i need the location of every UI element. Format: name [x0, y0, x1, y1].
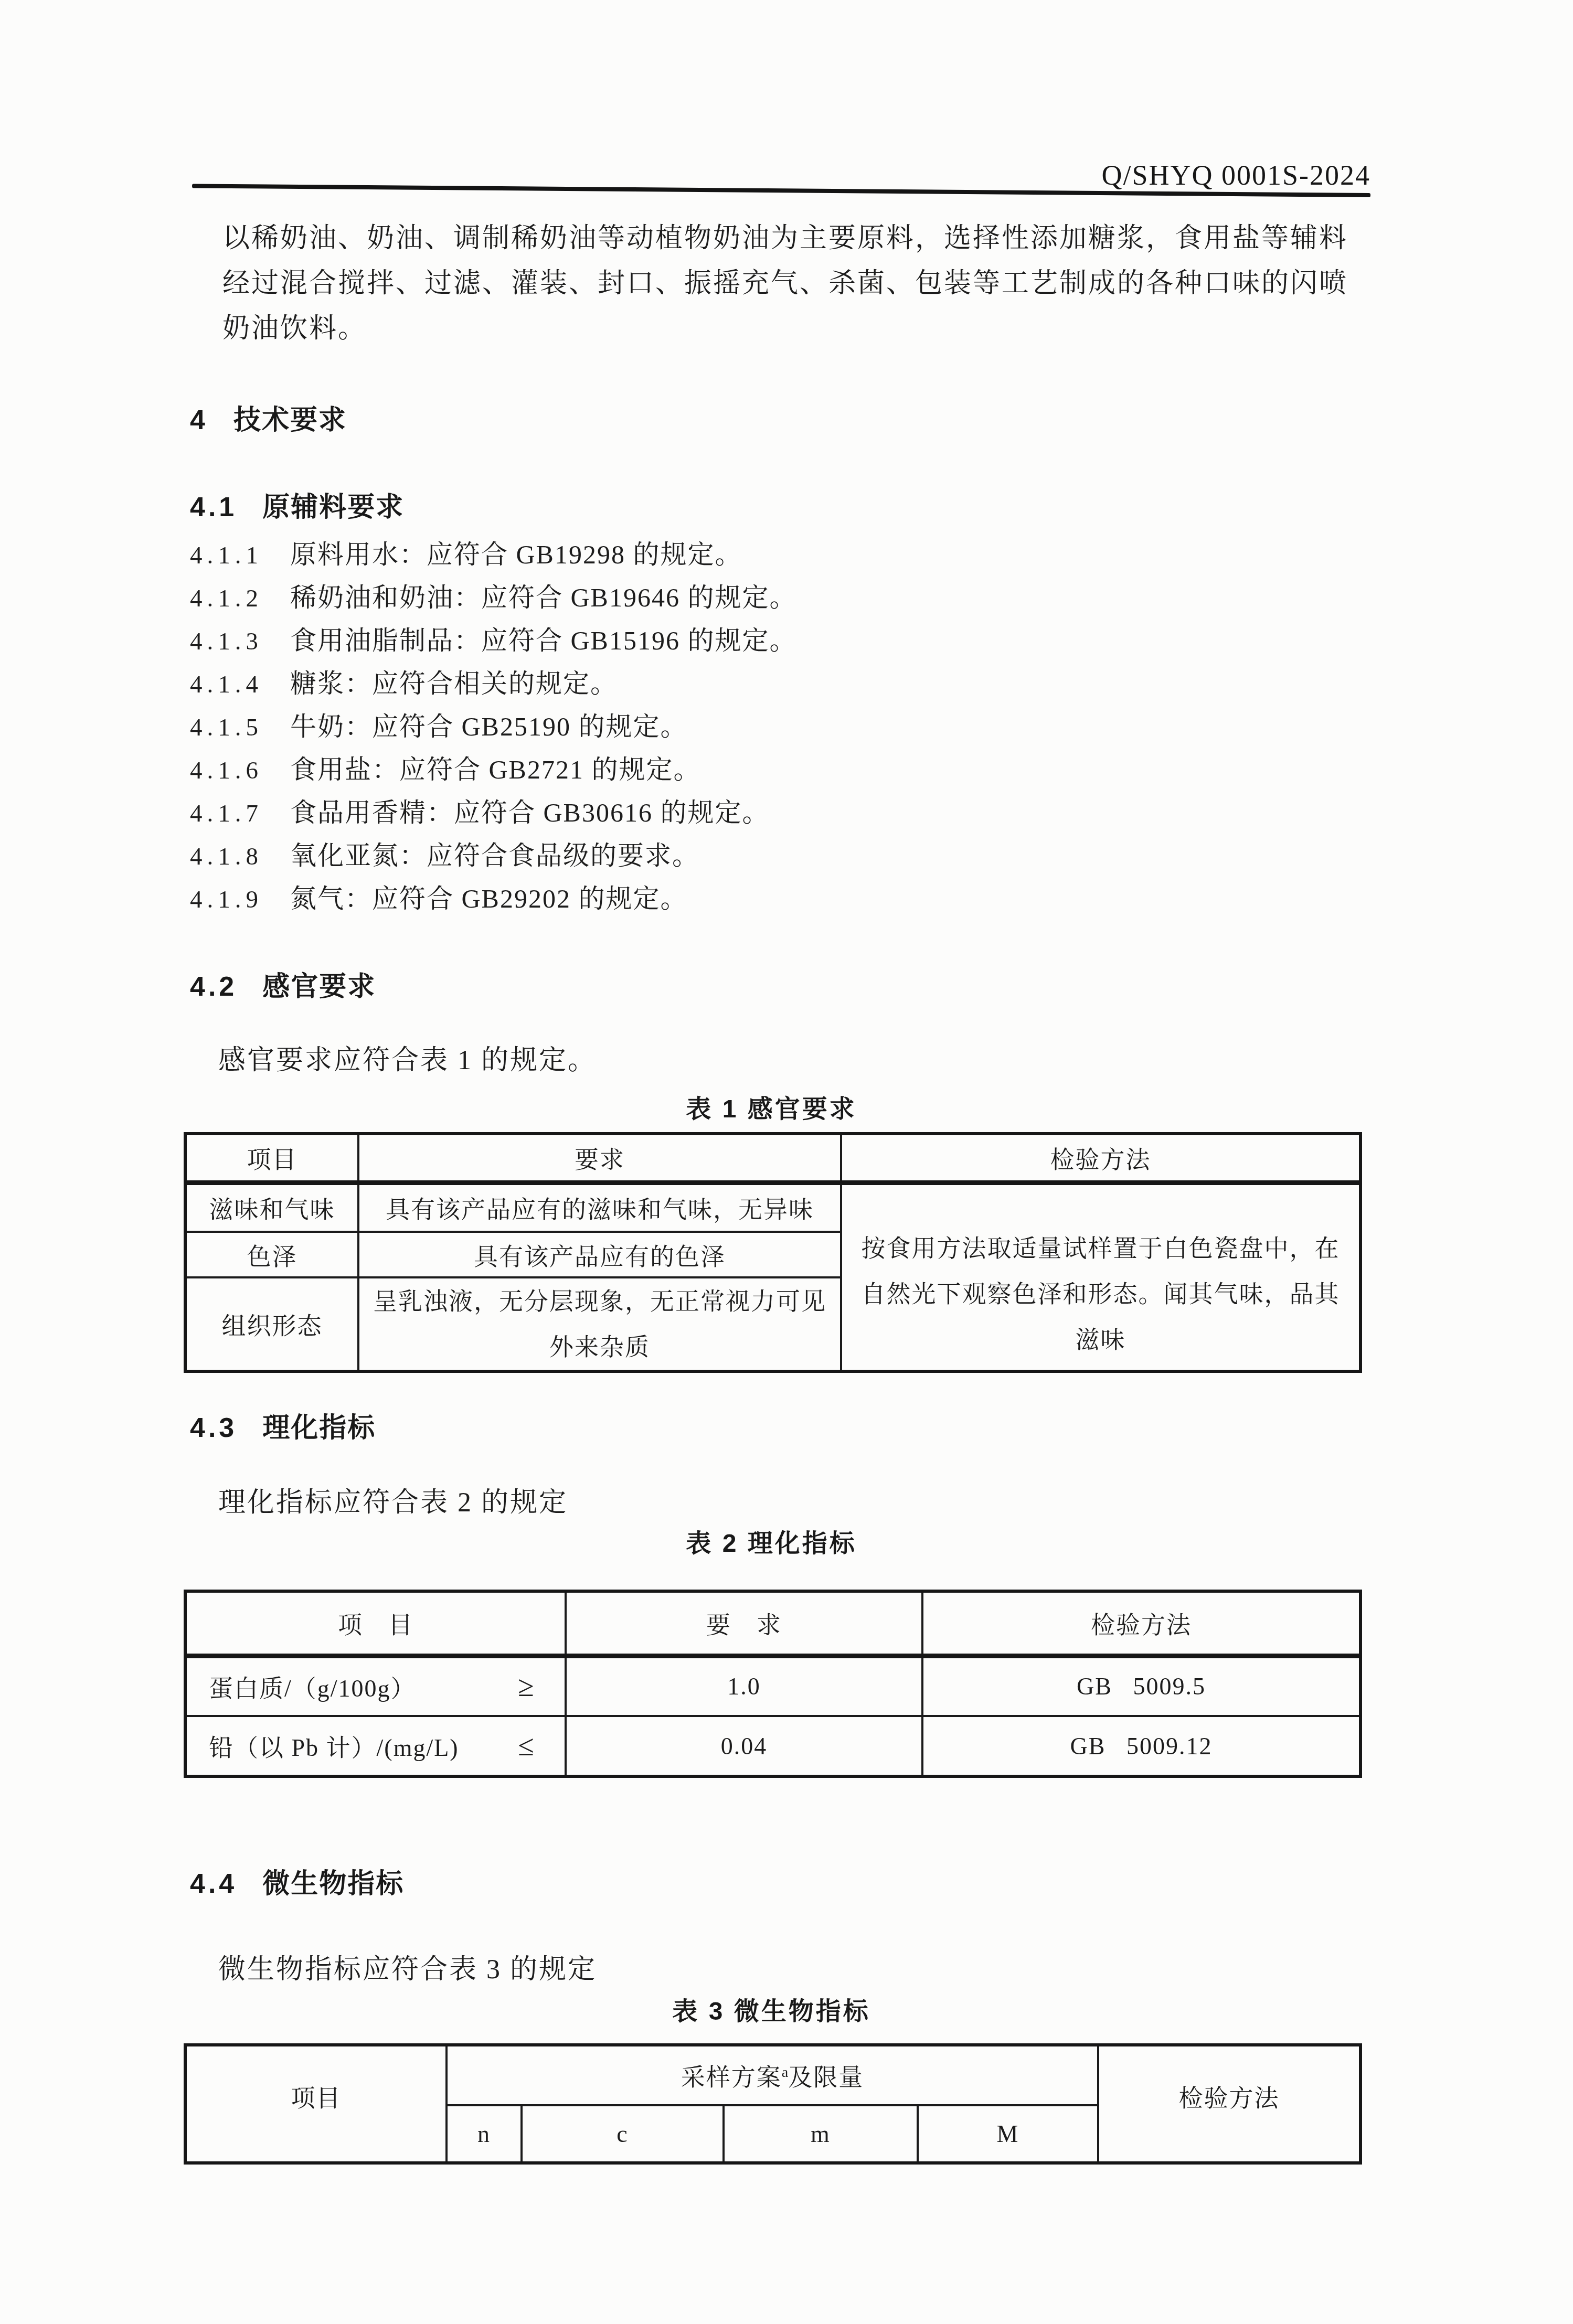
- footnote-a-mark: a: [782, 2064, 788, 2081]
- intro-line-2: 经过混合搅拌、过滤、灌装、封口、振摇充气、杀菌、包装等工艺制成的各种口味的闪喷: [222, 261, 1382, 306]
- intro-line-3: 奶油饮料。: [222, 306, 1382, 351]
- table2-value-lead: 0.04: [566, 1716, 922, 1776]
- table2-item-protein: 蛋白质/（g/100g） ≥: [185, 1656, 566, 1716]
- table2-value-protein: 1.0: [566, 1656, 922, 1716]
- table1-method-line-1: 按食用方法取适量试样置于白色瓷盘中，在: [842, 1225, 1359, 1271]
- table1-caption: 表 1 感官要求: [184, 1095, 1359, 1124]
- clause-4-1-4: 4.1.4糖浆：应符合相关的规定。: [190, 668, 618, 700]
- clause-4-1-9: 4.1.9氮气：应符合 GB29202 的规定。: [190, 883, 687, 915]
- clause-4-1-8: 4.1.8氧化亚氮：应符合食品级的要求。: [190, 840, 699, 872]
- doc-number: Q/SHYQ 0001S-2024: [1101, 159, 1370, 191]
- table2-caption: 表 2 理化指标: [184, 1529, 1359, 1559]
- table3-subheader-M: M: [918, 2105, 1098, 2163]
- section-4-1-heading: 4.1原辅料要求: [190, 492, 404, 523]
- protein-label: 蛋白质/（g/100g）: [209, 1669, 416, 1704]
- clause-4-1-7: 4.1.7食品用香精：应符合 GB30616 的规定。: [190, 797, 769, 829]
- clause-number: 4.1.1: [190, 542, 263, 569]
- table3-subheader-c: c: [522, 2105, 724, 2163]
- section-4-4-title: 微生物指标: [262, 1869, 404, 1899]
- clause-number: 4.1.5: [190, 714, 263, 741]
- clause-text: 原料用水：应符合 GB19298 的规定。: [290, 540, 742, 569]
- clause-text: 糖浆：应符合相关的规定。: [290, 669, 618, 698]
- clause-number: 4.1.8: [190, 843, 263, 870]
- protein-relation: ≥: [518, 1670, 534, 1703]
- section-4-4-number: 4.4: [190, 1869, 237, 1899]
- table1-method-line-2: 自然光下观察色泽和形态。闻其气味，品其: [842, 1271, 1359, 1317]
- table1-sensory: 项目 要求 检验方法 滋味和气味 具有该产品应有的滋味和气味，无异味 按食用方法…: [184, 1132, 1362, 1373]
- clause-4-1-3: 4.1.3食用油脂制品：应符合 GB15196 的规定。: [190, 625, 796, 657]
- section-4-3-title: 理化指标: [262, 1413, 376, 1443]
- clause-text: 牛奶：应符合 GB25190 的规定。: [290, 712, 687, 741]
- clause-4-1-1: 4.1.1原料用水：应符合 GB19298 的规定。: [190, 539, 742, 571]
- table1-req-texture-line-2: 外来杂质: [359, 1324, 840, 1370]
- table3-header-sampling-plan: 采样方案a及限量: [447, 2045, 1098, 2105]
- clause-text: 食用油脂制品：应符合 GB15196 的规定。: [290, 626, 796, 655]
- physchem-note: 理化指标应符合表 2 的规定: [218, 1487, 568, 1519]
- intro-line-1: 以稀奶油、奶油、调制稀奶油等动植物奶油为主要原料，选择性添加糖浆，食用盐等辅料: [222, 216, 1382, 261]
- table1-row-taste: 滋味和气味 具有该产品应有的滋味和气味，无异味 按食用方法取适量试样置于白色瓷盘…: [185, 1182, 1361, 1232]
- sampling-plan-prefix: 采样方案: [681, 2064, 782, 2091]
- table1-req-color: 具有该产品应有的色泽: [358, 1232, 841, 1277]
- clause-text: 氮气：应符合 GB29202 的规定。: [290, 884, 687, 913]
- lead-relation: ≤: [518, 1729, 534, 1763]
- table3-header-item: 项目: [185, 2045, 447, 2163]
- section-4-3-heading: 4.3理化指标: [190, 1412, 376, 1444]
- lead-label: 铅（以 Pb 计）/(mg/L): [209, 1729, 459, 1763]
- table2-header-method: 检验方法: [922, 1591, 1361, 1656]
- clause-4-1-2: 4.1.2稀奶油和奶油：应符合 GB19646 的规定。: [190, 582, 796, 614]
- table1-header-method: 检验方法: [841, 1134, 1361, 1182]
- clause-text: 食用盐：应符合 GB2721 的规定。: [290, 755, 700, 784]
- clause-4-1-6: 4.1.6食用盐：应符合 GB2721 的规定。: [190, 754, 700, 786]
- table2-method-lead: GB 5009.12: [922, 1716, 1361, 1776]
- clause-text: 稀奶油和奶油：应符合 GB19646 的规定。: [290, 583, 796, 612]
- document-page: Q/SHYQ 0001S-2024 以稀奶油、奶油、调制稀奶油等动植物奶油为主要…: [0, 0, 1573, 2324]
- clause-4-1-5: 4.1.5牛奶：应符合 GB25190 的规定。: [190, 711, 687, 743]
- table2-method-protein: GB 5009.5: [922, 1656, 1361, 1716]
- table2-physchem: 项 目 要 求 检验方法 蛋白质/（g/100g） ≥ 1.0 GB 5009.…: [184, 1590, 1362, 1778]
- section-4-2-heading: 4.2感官要求: [190, 971, 376, 1003]
- section-4-2-title: 感官要求: [262, 972, 376, 1002]
- section-4-number: 4: [190, 405, 208, 435]
- table1-item-color: 色泽: [185, 1232, 358, 1277]
- sensory-note: 感官要求应符合表 1 的规定。: [218, 1045, 597, 1076]
- table1-item-taste: 滋味和气味: [185, 1182, 358, 1232]
- clause-number: 4.1.3: [190, 628, 263, 655]
- sampling-plan-suffix: 及限量: [788, 2064, 864, 2091]
- clause-number: 4.1.9: [190, 886, 263, 913]
- table2-header-requirement: 要 求: [566, 1591, 922, 1656]
- section-4-4-heading: 4.4微生物指标: [190, 1868, 404, 1900]
- table1-header-requirement: 要求: [358, 1134, 841, 1182]
- table3-micro: 项目 采样方案a及限量 检验方法 n c m M: [184, 2043, 1362, 2165]
- table2-row-lead: 铅（以 Pb 计）/(mg/L) ≤ 0.04 GB 5009.12: [185, 1716, 1361, 1776]
- table1-method-line-3: 滋味: [842, 1317, 1359, 1362]
- table1-req-taste: 具有该产品应有的滋味和气味，无异味: [358, 1182, 841, 1232]
- table3-header-method: 检验方法: [1098, 2045, 1361, 2163]
- intro-paragraph: 以稀奶油、奶油、调制稀奶油等动植物奶油为主要原料，选择性添加糖浆，食用盐等辅料 …: [222, 216, 1382, 351]
- section-4-3-number: 4.3: [190, 1413, 237, 1443]
- table1-item-texture: 组织形态: [185, 1277, 358, 1371]
- table3-subheader-n: n: [447, 2105, 522, 2163]
- clause-number: 4.1.2: [190, 585, 263, 612]
- micro-note: 微生物指标应符合表 3 的规定: [218, 1954, 597, 1986]
- table2-item-lead: 铅（以 Pb 计）/(mg/L) ≤: [185, 1716, 566, 1776]
- table1-req-texture-line-1: 呈乳浊液，无分层现象，无正常视力可见: [359, 1278, 840, 1324]
- table1-req-texture: 呈乳浊液，无分层现象，无正常视力可见 外来杂质: [358, 1277, 841, 1371]
- section-4-1-title: 原辅料要求: [262, 492, 404, 523]
- clause-number: 4.1.6: [190, 757, 263, 784]
- section-4-2-number: 4.2: [190, 972, 237, 1002]
- table1-method-cell: 按食用方法取适量试样置于白色瓷盘中，在 自然光下观察色泽和形态。闻其气味，品其 …: [841, 1182, 1361, 1371]
- table2-header-item: 项 目: [185, 1591, 566, 1656]
- table1-header-item: 项目: [185, 1134, 358, 1182]
- table2-row-protein: 蛋白质/（g/100g） ≥ 1.0 GB 5009.5: [185, 1656, 1361, 1716]
- clause-text: 氧化亚氮：应符合食品级的要求。: [290, 841, 699, 870]
- table3-subheader-m: m: [724, 2105, 918, 2163]
- section-4-1-number: 4.1: [190, 492, 237, 523]
- clause-number: 4.1.7: [190, 800, 263, 827]
- section-4-heading: 4技术要求: [190, 404, 347, 436]
- clause-text: 食品用香精：应符合 GB30616 的规定。: [290, 798, 769, 827]
- table3-caption: 表 3 微生物指标: [184, 1997, 1359, 2027]
- section-4-title: 技术要求: [233, 405, 347, 435]
- clause-number: 4.1.4: [190, 671, 263, 698]
